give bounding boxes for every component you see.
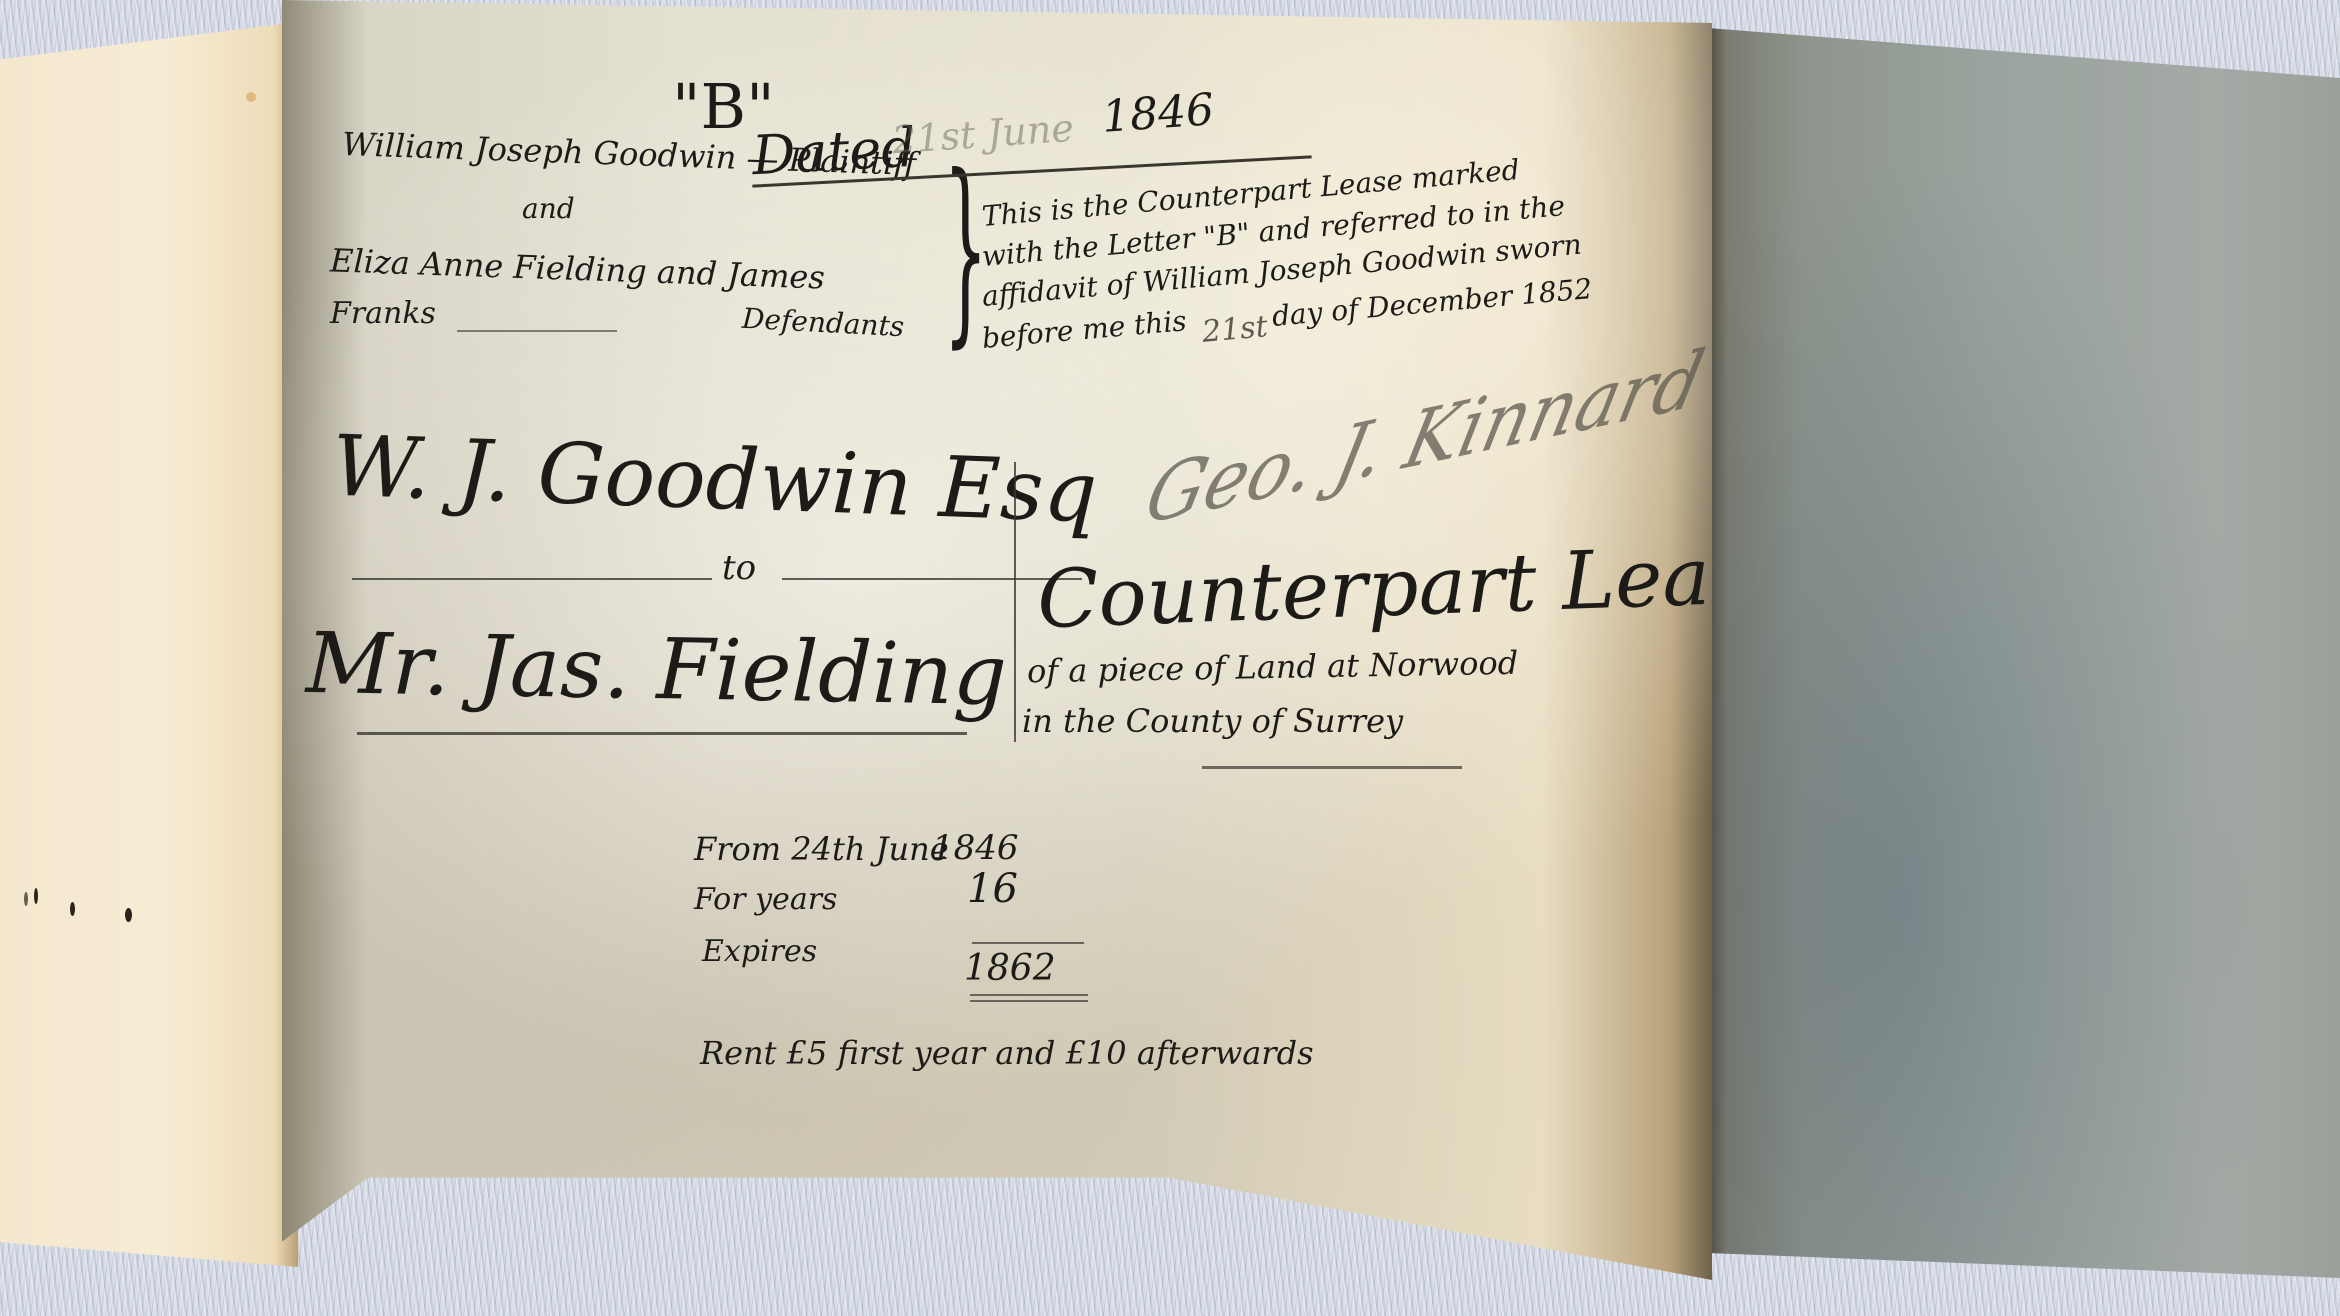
term-years-value: 16 xyxy=(967,866,1018,912)
lessor-to-lessee-connector: to xyxy=(722,548,756,588)
right-fold-panel xyxy=(1708,28,2340,1278)
commissioner-signature: Geo. J. Kinnard xyxy=(1138,333,1712,543)
affidavit-day: 21st xyxy=(1201,309,1269,350)
lessor-name: W. J. Goodwin Esq xyxy=(331,417,1099,542)
dated-day-month: 21st June xyxy=(891,106,1076,163)
party-and: and xyxy=(522,192,575,225)
affidavit-line-4a: before me this xyxy=(981,304,1188,355)
document-title: Counterpart Lease xyxy=(1036,527,1800,647)
ink-mark xyxy=(70,902,75,916)
left-fold-panel xyxy=(0,22,298,1267)
lease-document-panel: "B" William Joseph Goodwin — Plaintiff a… xyxy=(282,0,1712,1280)
term-expires-label: Expires xyxy=(702,934,817,969)
rent-terms: Rent £5 first year and £10 afterwards xyxy=(700,1034,1314,1072)
lessee-name: Mr. Jas. Fielding xyxy=(305,614,1007,724)
expires-underline-2 xyxy=(970,1000,1088,1002)
lessee-underline xyxy=(357,732,967,735)
ink-mark xyxy=(24,892,28,906)
dated-year: 1846 xyxy=(1100,84,1215,143)
connector-line-left xyxy=(352,578,712,580)
property-county: in the County of Surrey xyxy=(1022,702,1403,740)
party-role-defendants: Defendants xyxy=(741,302,905,343)
expires-underline-1 xyxy=(970,994,1088,996)
party-defendant-surname: Franks xyxy=(330,296,436,331)
center-vertical-rule xyxy=(1014,462,1016,742)
stain-spot xyxy=(246,92,256,102)
expires-overline xyxy=(972,942,1084,944)
property-description: of a piece of Land at Norwood xyxy=(1027,644,1519,691)
ink-mark xyxy=(125,908,132,922)
term-expires-value: 1862 xyxy=(964,948,1056,989)
filler-line xyxy=(457,330,617,332)
term-from-label: From 24th June xyxy=(694,830,949,868)
term-years-label: For years xyxy=(694,882,837,917)
term-from-year: 1846 xyxy=(932,828,1019,868)
ink-mark xyxy=(34,888,38,904)
title-underline xyxy=(1202,766,1462,769)
party-defendants-names: Eliza Anne Fielding and James xyxy=(329,241,825,296)
